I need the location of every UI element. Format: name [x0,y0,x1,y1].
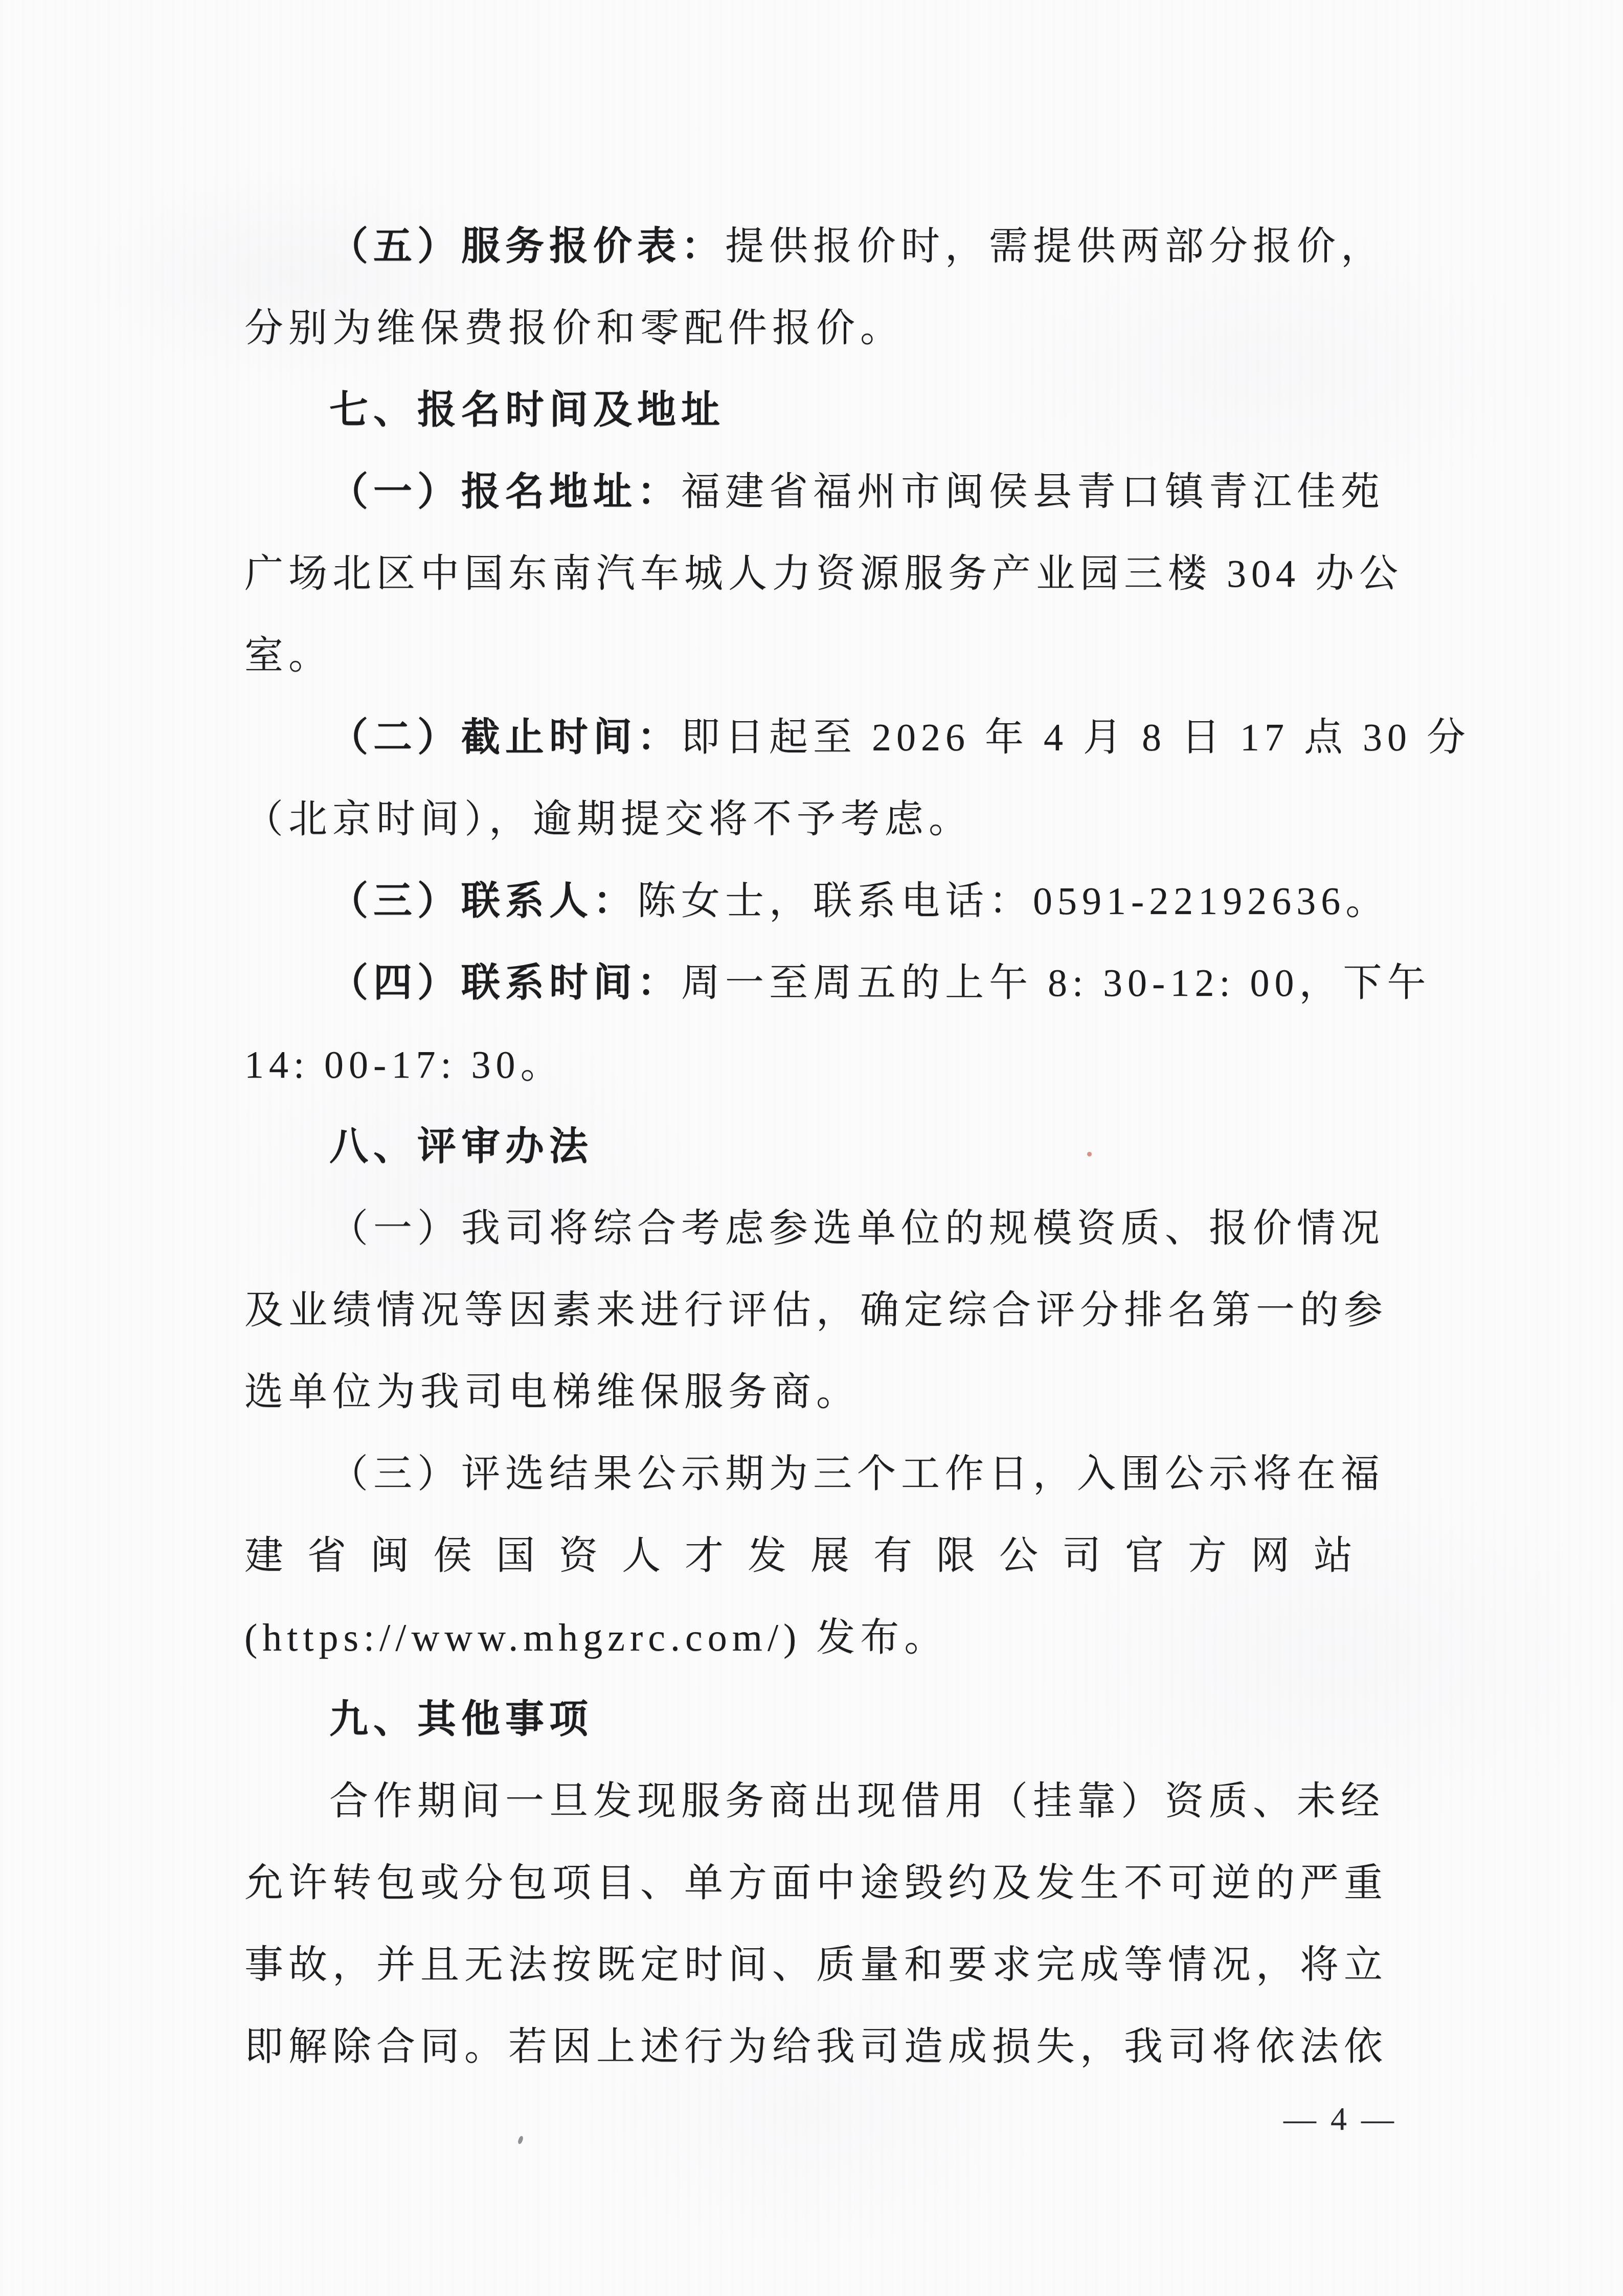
text-line: 及业绩情况等因素来进行评估，确定综合评分排名第一的参 [244,1269,1392,1351]
text-run: （三）评选结果公示期为三个工作日，入围公示将在福 [329,1453,1385,1496]
text-run: 事故，并且无法按既定时间、质量和要求完成等情况，将立 [244,1944,1388,1987]
text-line: （四）联系时间：周一至周五的上午 8: 30-12: 00，下午 [244,942,1392,1024]
text-run: 周一至周五的上午 8: 30-12: 00，下午 [681,962,1431,1005]
text-run: 允许转包或分包项目、单方面中途毁约及发生不可逆的严重 [244,1862,1388,1905]
text-line: 建省闽侯国资人才发展有限公司官方网站 [244,1515,1392,1597]
text-line: (https://www.mhgzrc.com/) 发布。 [244,1597,1392,1679]
text-line: （一）我司将综合考虑参选单位的规模资质、报价情况 [244,1188,1392,1269]
text-run: 及业绩情况等因素来进行评估，确定综合评分排名第一的参 [244,1289,1388,1332]
document-text-block: （五）服务报价表：提供报价时，需提供两部分报价，分别为维保费报价和零配件报价。七… [244,206,1392,2088]
text-line: （三）联系人：陈女士，联系电话：0591-22192636。 [244,860,1392,942]
text-run: 广场北区中国东南汽车城人力资源服务产业园三楼 304 办公 [244,552,1403,595]
text-run: 建省闽侯国资人才发展有限公司官方网站 [244,1534,1377,1577]
text-run: （四）联系时间： [329,962,681,1005]
text-run: 七、报名时间及地址 [329,389,725,432]
text-run: 九、其他事项 [329,1698,593,1741]
text-run: 选单位为我司电梯维保服务商。 [244,1371,860,1414]
text-line: （五）服务报价表：提供报价时，需提供两部分报价， [244,206,1392,287]
text-line: 合作期间一旦发现服务商出现借用（挂靠）资质、未经 [244,1760,1392,1842]
text-line: 即解除合同。若因上述行为给我司造成损失，我司将依法依 [244,2006,1392,2088]
text-run: 14: 00-17: 30。 [244,1043,565,1086]
text-line: （北京时间），逾期提交将不予考虑。 [244,778,1392,860]
text-line: 分别为维保费报价和零配件报价。 [244,287,1392,369]
text-run: （北京时间），逾期提交将不予考虑。 [244,798,973,841]
text-run: （三）联系人： [329,880,637,923]
text-run: 室。 [244,634,332,677]
text-line: 14: 00-17: 30。 [244,1024,1392,1106]
text-run: 陈女士，联系电话：0591-22192636。 [637,880,1389,923]
scan-speck-red [1087,1152,1092,1156]
text-run: 分别为维保费报价和零配件报价。 [244,307,904,350]
section-heading: 八、评审办法 [244,1106,1392,1188]
text-run: 即解除合同。若因上述行为给我司造成损失，我司将依法依 [244,2025,1388,2068]
text-run: 提供报价时，需提供两部分报价， [725,225,1385,268]
text-run: 八、评审办法 [329,1125,593,1168]
text-line: （二）截止时间：即日起至 2026 年 4 月 8 日 17 点 30 分 [244,697,1392,778]
text-line: 事故，并且无法按既定时间、质量和要求完成等情况，将立 [244,1924,1392,2006]
page-number: — 4 — [1283,2091,1397,2147]
text-run: （五）服务报价表： [329,225,725,268]
text-run: （一）报名地址： [329,471,681,514]
text-run: (https://www.mhgzrc.com/) 发布。 [244,1616,948,1659]
text-run: （一）我司将综合考虑参选单位的规模资质、报价情况 [329,1207,1385,1250]
text-line: 允许转包或分包项目、单方面中途毁约及发生不可逆的严重 [244,1842,1392,1924]
text-line: 广场北区中国东南汽车城人力资源服务产业园三楼 304 办公 [244,533,1392,615]
scanned-document-page: { "page": { "background": "#fbfbfc", "te… [0,0,1623,2296]
text-line: 选单位为我司电梯维保服务商。 [244,1351,1392,1433]
text-run: 合作期间一旦发现服务商出现借用（挂靠）资质、未经 [329,1780,1385,1823]
section-heading: 九、其他事项 [244,1679,1392,1760]
text-run: 即日起至 2026 年 4 月 8 日 17 点 30 分 [681,716,1471,759]
text-line: （三）评选结果公示期为三个工作日，入围公示将在福 [244,1433,1392,1515]
section-heading: 七、报名时间及地址 [244,369,1392,451]
text-line: （一）报名地址：福建省福州市闽侯县青口镇青江佳苑 [244,451,1392,533]
text-run: 福建省福州市闽侯县青口镇青江佳苑 [681,471,1385,514]
text-run: （二）截止时间： [329,716,681,759]
text-line: 室。 [244,615,1392,697]
